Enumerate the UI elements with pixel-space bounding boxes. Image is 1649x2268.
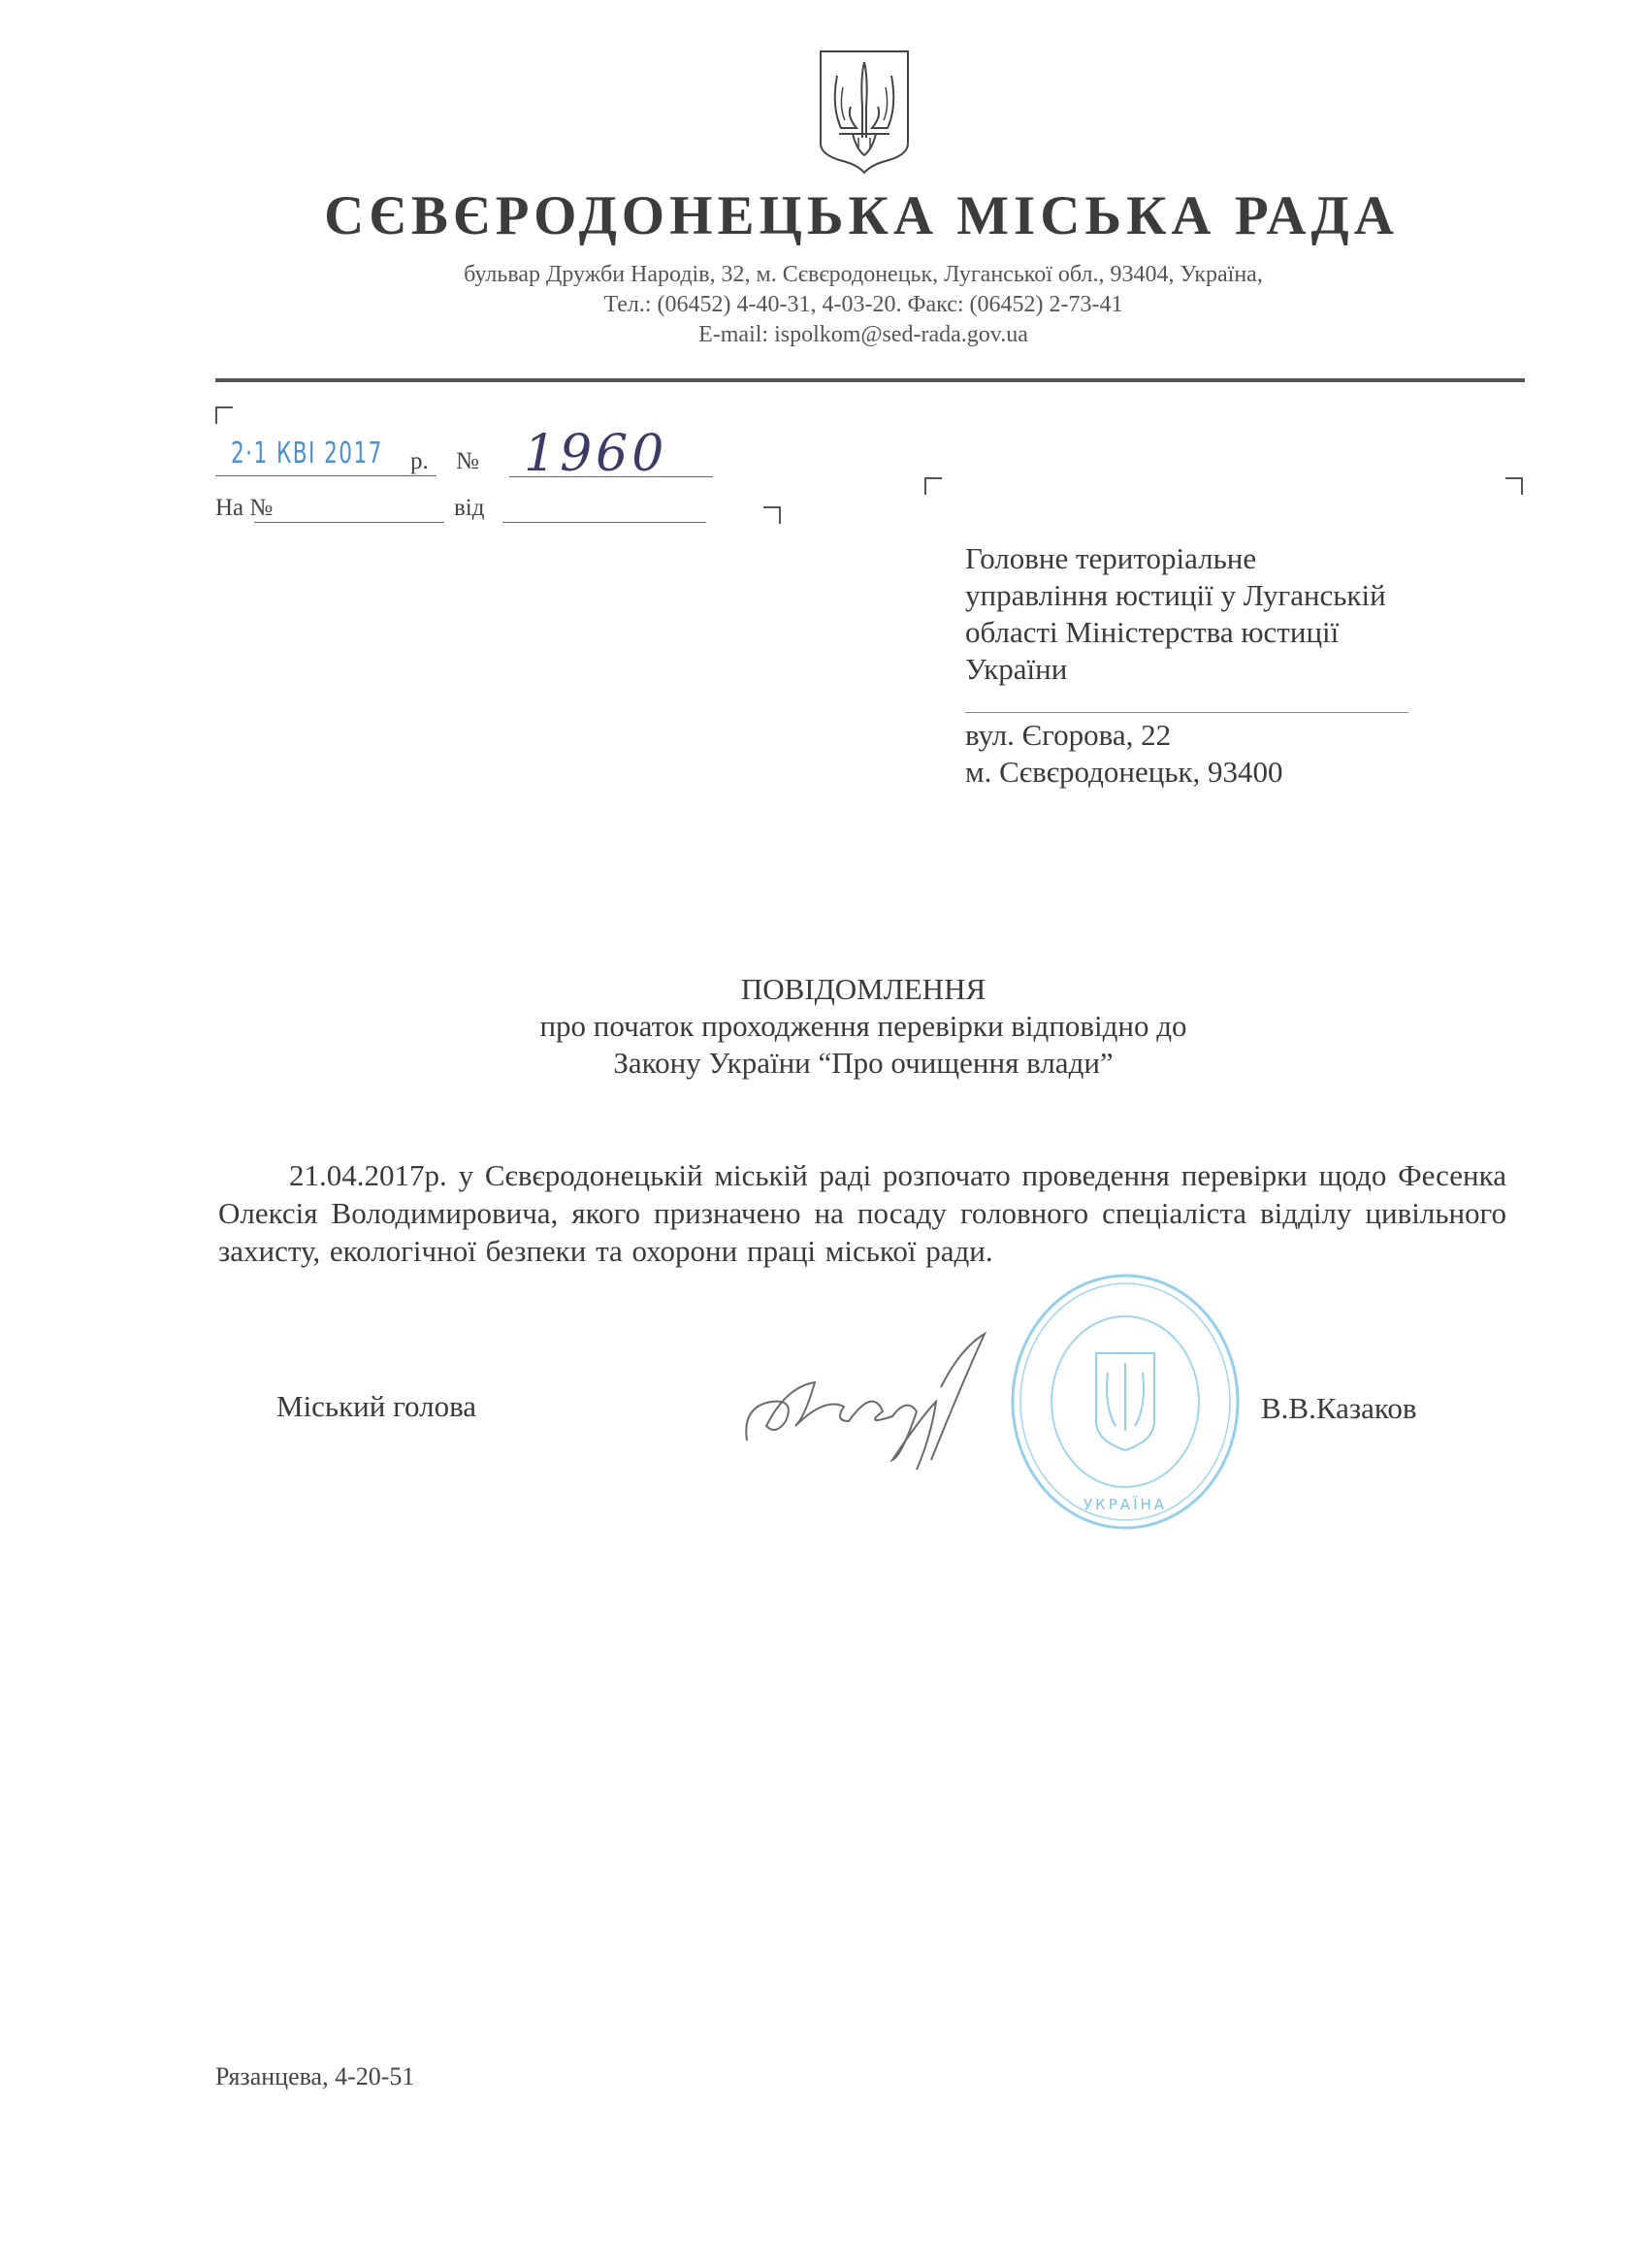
corner-mark-top-left xyxy=(215,406,233,424)
number-underline xyxy=(509,476,713,477)
recipient-city: м. Сєвєродонецьк, 93400 xyxy=(965,755,1283,790)
recipient-corner-right xyxy=(1505,477,1523,495)
handwritten-signature xyxy=(737,1329,1067,1474)
body-paragraph: 21.04.2017р. у Сєвєродонецькій міській р… xyxy=(218,1156,1506,1270)
recipient-line: Головне територіальне xyxy=(965,541,1256,576)
document-subtitle: про початок проходження перевірки відпов… xyxy=(0,1009,1649,1044)
number-label: № xyxy=(456,448,479,475)
svg-text:УКРАЇНА: УКРАЇНА xyxy=(1083,1495,1167,1513)
year-suffix: р. xyxy=(410,448,429,475)
recipient-line: управління юстиції у Луганській xyxy=(965,578,1386,613)
recipient-line: України xyxy=(965,652,1067,687)
reply-to-field xyxy=(254,522,444,523)
reply-from-label: від xyxy=(454,495,484,522)
recipient-street: вул. Єгорова, 22 xyxy=(965,718,1171,753)
recipient-line: області Міністерства юстиції xyxy=(965,615,1339,650)
organization-address: бульвар Дружби Народів, 32, м. Сєвєродон… xyxy=(0,262,1649,288)
header-divider xyxy=(215,378,1525,382)
signatory-name: В.В.Казаков xyxy=(1261,1391,1417,1426)
executor-contact: Рязанцева, 4-20-51 xyxy=(215,2062,414,2091)
recipient-divider xyxy=(965,712,1408,713)
document-subtitle: Закону України “Про очищення влади” xyxy=(0,1046,1649,1081)
coat-of-arms-icon xyxy=(818,49,911,175)
reply-from-field xyxy=(502,522,706,523)
date-stamp: 2·1 КВІ 2017 xyxy=(231,437,383,470)
corner-mark-top-right xyxy=(763,506,781,524)
reply-to-label: На № xyxy=(215,495,273,522)
document-title: ПОВІДОМЛЕННЯ xyxy=(0,972,1649,1007)
date-underline xyxy=(215,475,436,476)
organization-email: E-mail: ispolkom@sed-rada.gov.ua xyxy=(0,322,1649,348)
recipient-corner-left xyxy=(924,477,942,495)
signatory-position: Міський голова xyxy=(276,1389,476,1424)
organization-phone: Тел.: (06452) 4-40-31, 4-03-20. Факс: (0… xyxy=(0,292,1649,318)
registration-number: 1960 xyxy=(524,425,667,483)
organization-title: СЄВЄРОДОНЕЦЬКА МІСЬКА РАДА xyxy=(0,184,1649,247)
